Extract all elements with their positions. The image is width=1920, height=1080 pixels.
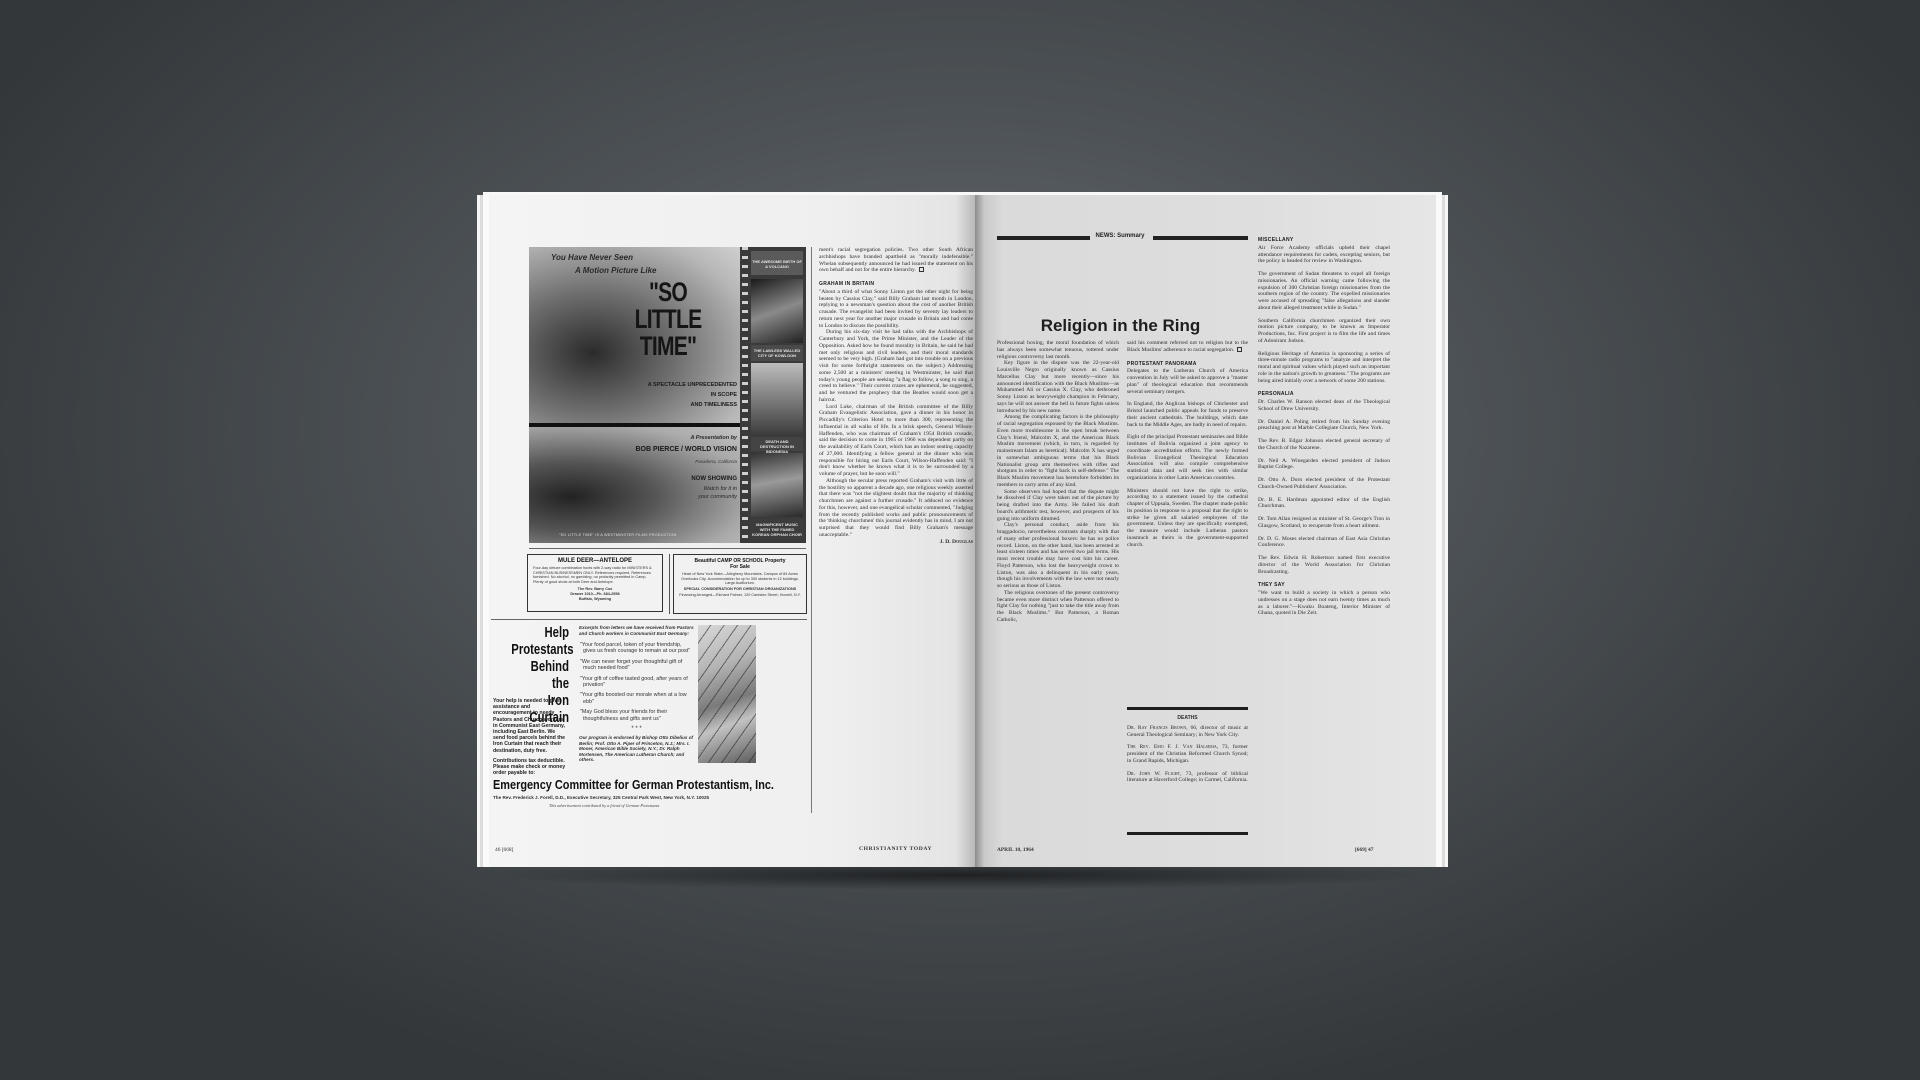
miscellany-item: Air Force Academy officials upheld their… <box>1258 245 1390 265</box>
letter-quote: "May God bless your friends for their th… <box>579 709 694 722</box>
classified-heading: Beautiful CAMP OR SCHOOL Property For Sa… <box>679 558 801 570</box>
letter-quote: "Your gifts boosted our morale when at a… <box>579 692 694 705</box>
article-paragraph: Some observers had hoped that the disput… <box>997 489 1119 523</box>
iron-curtain-body: Your help is needed to give assistance a… <box>493 698 567 780</box>
letter-quote: "Your gift of coffee tasted good, after … <box>579 676 694 689</box>
watch-line: Watch for it in <box>639 485 737 493</box>
film-presenter: BOB PIERCE / WORLD VISION <box>619 446 737 453</box>
film-title-line: "SO <box>629 279 707 306</box>
personalia-item: Dr. Daniel A. Poling retired from his Su… <box>1258 419 1390 433</box>
deaths-bottom-rule <box>1127 832 1248 835</box>
signature-line: Buffalo, Wyoming <box>533 597 657 602</box>
lead-paragraph-text: ment's racial segregation policies. Two … <box>819 247 973 273</box>
section-heading: PROTESTANT PANORAMA <box>1127 361 1248 368</box>
film-title: "SO LITTLE TIME" <box>629 279 707 360</box>
lead-paragraph: ment's racial segregation policies. Two … <box>819 247 973 274</box>
personalia-item: Dr. Neil A. Winegarden elected president… <box>1258 458 1390 472</box>
article-headline: Religion in the Ring <box>993 316 1248 336</box>
death-name: Dr. Ray Francis Brown <box>1127 725 1186 731</box>
personalia-item: The Rev. Edwin H. Robertson named first … <box>1258 555 1390 575</box>
news-header-bar-left <box>997 236 1090 240</box>
film-frame: MAGNIFICENT MUSIC WITH THE FAMED KOREAN … <box>751 519 803 541</box>
film-frame-caption: DEATH AND DESTRUCTION IN INDONESIA <box>751 439 803 454</box>
news-item: Delegates to the Lutheran Church of Amer… <box>1127 368 1248 395</box>
divider-rule <box>491 619 807 620</box>
letter-excerpts: Excerpts from letters we have received f… <box>579 625 694 763</box>
article-paragraph: Key figure in the dispute was the 22-yea… <box>997 360 1119 414</box>
film-frame: THE AWESOME BIRTH OF A VOLCANO <box>751 251 803 275</box>
classified-ad-mule-deer: MULE DEER—ANTELOPE Four-day deluxe combi… <box>527 554 663 612</box>
right-page: NEWS: Summary Religion in the Ring Profe… <box>975 195 1442 867</box>
film-frame: THE LAWLESS WALLED CITY OF KOWLOON <box>751 345 803 361</box>
separator-stars: * * * <box>579 726 694 732</box>
death-name: Dr. John W. Flight <box>1127 771 1180 777</box>
film-ad-line1: You Have Never Seen <box>551 253 633 262</box>
classified-heading: MULE DEER—ANTELOPE <box>533 558 657 564</box>
film-strip: THE AWESOME BIRTH OF A VOLCANO THE LAWLE… <box>740 247 806 543</box>
personalia-item: Dr. D. G. Moses elected chairman of East… <box>1258 536 1390 550</box>
article-paragraph: Lord Luke, chairman of the British commi… <box>819 404 973 478</box>
section-heading: PERSONALIA <box>1258 391 1390 398</box>
issue-date: APRIL 10, 1964 <box>997 847 1034 853</box>
film-frame-photo <box>751 363 803 435</box>
letter-quote: "We can never forget your thoughtful gif… <box>579 659 694 672</box>
film-credit: "SO LITTLE TIME" IS A WESTMINSTER FILMS … <box>559 533 739 537</box>
watch-line: your community <box>639 493 737 501</box>
left-folio: 46 [668] <box>495 847 513 853</box>
organization-name: Emergency Committee for German Protestan… <box>493 777 745 792</box>
article-paragraph: "About a third of what Sonny Liston got … <box>819 289 973 330</box>
miscellany-item: Religious Heritage of America is sponsor… <box>1258 351 1390 385</box>
article-paragraph: Professional boxing, the moral foundatio… <box>997 340 1119 360</box>
film-frame-caption: THE AWESOME BIRTH OF A VOLCANO <box>751 259 803 269</box>
personalia-item: Dr. Charles W. Ranson elected dean of th… <box>1258 399 1390 413</box>
film-frame-caption: THE LAWLESS WALLED CITY OF KOWLOON <box>751 348 803 358</box>
film-frame-photo <box>751 453 803 517</box>
personalia-item: Dr. Tom Allan resigned as minister of St… <box>1258 516 1390 530</box>
classified-contact: Financing Arranged—Richard Palmer, 120 C… <box>679 593 801 598</box>
end-mark-icon <box>919 267 924 272</box>
left-page: You Have Never Seen A Motion Picture Lik… <box>483 195 975 867</box>
column-rule <box>811 247 812 813</box>
article-column-graham: ment's racial segregation policies. Two … <box>819 247 973 545</box>
classified-divider <box>669 554 670 614</box>
news-item: In England, the Anglican bishops of Chic… <box>1127 401 1248 428</box>
advertisement-note: This advertisement contributed by a frie… <box>549 803 749 808</box>
deaths-section: DEATHS Dr. Ray Francis Brown, 66, direct… <box>1127 713 1248 784</box>
personalia-item: Dr. Otto A. Dorn elected president of th… <box>1258 477 1390 491</box>
col2-lead-text: said his comment referred not to religio… <box>1127 340 1248 353</box>
endorsement-text: Our program is endorsed by Bishop Otto D… <box>579 735 694 763</box>
film-frame-photo <box>751 279 803 343</box>
classified-body: Heart of New York State—Allegheny Mounta… <box>679 572 801 586</box>
classified-ad-camp-property: Beautiful CAMP OR SCHOOL Property For Sa… <box>673 554 807 614</box>
death-item: Dr. Ray Francis Brown, 66, director of m… <box>1127 725 1248 739</box>
classified-special: SPECIAL CONSIDERATION FOR CHRISTIAN ORGA… <box>679 587 801 592</box>
personalia-item: The Rev. B. Edgar Johnson elected genera… <box>1258 438 1390 452</box>
iron-curtain-body-paragraph: Contributions tax deductible. Please mak… <box>493 758 567 777</box>
miscellany-item: Southern California churchmen organized … <box>1258 318 1390 345</box>
heading-line: For Sale <box>679 564 801 570</box>
film-frame: DEATH AND DESTRUCTION IN INDONESIA <box>751 437 803 451</box>
letter-quote: "Your food parcel, token of your friends… <box>579 642 694 655</box>
berlin-wall-photo <box>698 625 756 763</box>
deaths-heading: DEATHS <box>1127 715 1248 722</box>
miscellany-item: The government of Sudan threatens to exp… <box>1258 271 1390 312</box>
article-paragraph: Although the secular press reported Grah… <box>819 478 973 539</box>
film-sprocket-holes <box>742 247 748 543</box>
film-location: Pasadena, California <box>639 459 737 464</box>
article-paragraph: Among the complicating factors is the ph… <box>997 414 1119 488</box>
publication-name: CHRISTIANITY TODAY <box>859 846 932 852</box>
tagline-line: IN SCOPE <box>647 390 737 400</box>
article-paragraph: During his six-day visit he had talks wi… <box>819 329 973 403</box>
news-item: Eight of the principal Protestant semina… <box>1127 434 1248 481</box>
tagline-line: A SPECTACLE UNPRECEDENTED <box>647 380 737 390</box>
film-frame-caption: MAGNIFICENT MUSIC WITH THE FAMED KOREAN … <box>751 522 803 537</box>
article-paragraph: The religious overtones of the present c… <box>997 590 1119 624</box>
news-item: Ministers should not have the right to s… <box>1127 488 1248 549</box>
death-item: The Rev. Emo F. J. Van Halsema, 73, form… <box>1127 744 1248 764</box>
article-column-1: Professional boxing, the moral foundatio… <box>997 340 1119 624</box>
film-presentation: A Presentation by <box>639 435 737 441</box>
film-watch: Watch for it in your community <box>639 485 737 501</box>
deaths-top-rule <box>1127 707 1248 710</box>
article-column-2: said his comment referred not to religio… <box>1127 340 1248 548</box>
film-ad-line2: A Motion Picture Like <box>575 266 657 275</box>
section-heading: GRAHAM IN BRITAIN <box>819 281 973 288</box>
article-byline: J. D. Douglas <box>819 539 973 546</box>
section-heading: THEY SAY <box>1258 582 1390 589</box>
film-title-line: LITTLE <box>629 306 707 333</box>
headline-line: Help <box>511 625 569 642</box>
news-header-bar-right <box>1153 236 1248 240</box>
personalia-item: Dr. B. E. Hardman appointed editor of th… <box>1258 497 1390 511</box>
they-say-quote: "We want to build a society in which a p… <box>1258 590 1390 617</box>
death-name: The Rev. Emo F. J. Van Halsema <box>1127 744 1217 750</box>
briefs-column: MISCELLANY Air Force Academy officials u… <box>1258 237 1390 617</box>
excerpts-intro: Excerpts from letters we have received f… <box>579 625 694 637</box>
section-heading: MISCELLANY <box>1258 237 1390 244</box>
iron-curtain-body-paragraph: Your help is needed to give assistance a… <box>493 698 567 754</box>
end-mark-icon <box>1237 347 1242 352</box>
death-item: Dr. John W. Flight, 73, professor of bib… <box>1127 771 1248 785</box>
divider-rule <box>529 548 806 549</box>
organization-address: The Rev. Frederick J. Forell, D.D., Exec… <box>493 795 793 800</box>
classified-signature: The Rev. Barry Cox Drawer 1010—Ph. 684-2… <box>533 587 657 601</box>
headline-line: Protestants <box>511 642 569 659</box>
classified-body: Four-day deluxe combination hunts with 2… <box>533 566 657 584</box>
film-advertisement: You Have Never Seen A Motion Picture Lik… <box>529 247 806 543</box>
article-paragraph: Clay's personal conduct, aside from his … <box>997 522 1119 590</box>
headline-line: Behind the <box>511 659 569 693</box>
film-now-showing: NOW SHOWING <box>639 476 737 482</box>
tagline-line: AND TIMELINESS <box>647 400 737 410</box>
film-tagline: A SPECTACLE UNPRECEDENTED IN SCOPE AND T… <box>647 380 737 410</box>
film-title-line: TIME" <box>629 333 707 360</box>
section-label: NEWS: Summary <box>1090 233 1150 239</box>
col2-lead: said his comment referred not to religio… <box>1127 340 1248 354</box>
right-folio: [669] 47 <box>1355 847 1373 853</box>
